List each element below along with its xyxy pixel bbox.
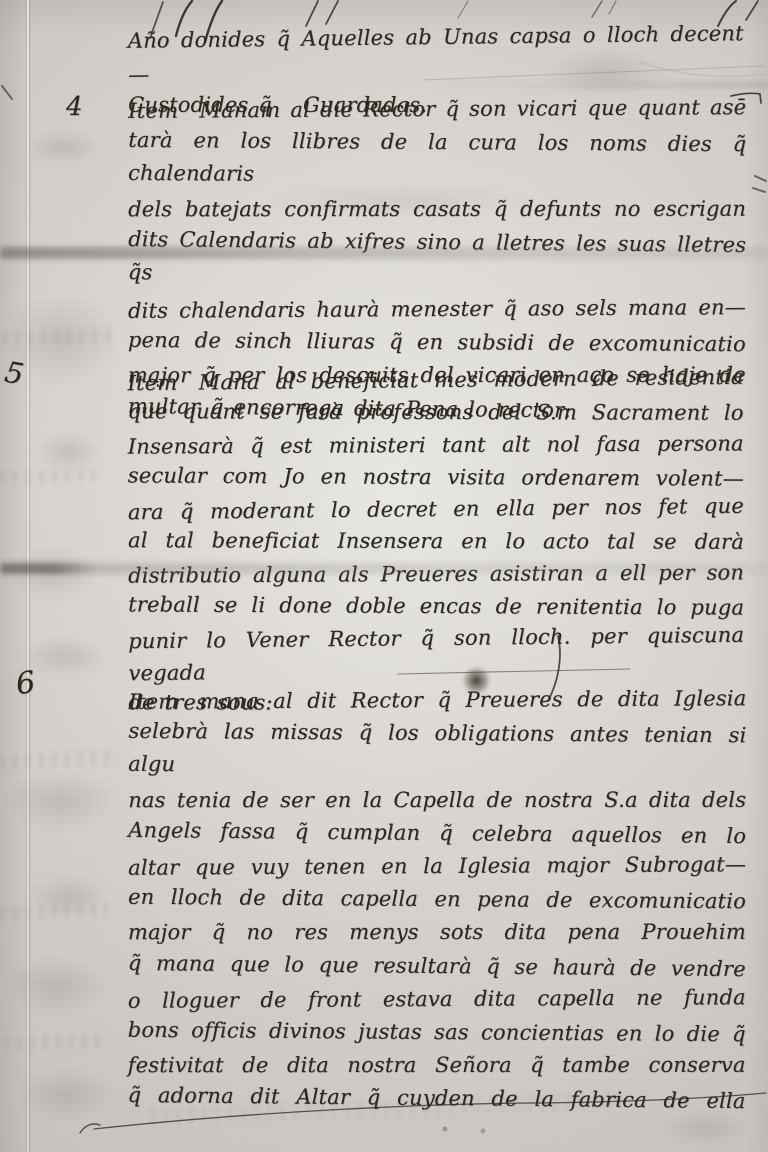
manuscript-line: q̃ mana que lo que resultarà q̃ se haurà… <box>128 947 746 986</box>
manuscript-line: dits Calendaris ab xifres sino a lletres… <box>128 223 747 296</box>
manuscript-line: tarà en los llibres de la cura los noms … <box>128 124 746 195</box>
show-through-smudge <box>0 770 120 832</box>
show-through-smudge <box>14 1068 118 1122</box>
item-paragraph-5: Item Mana al beneficiat mes modern de re… <box>128 363 745 720</box>
manuscript-line: que quant se farà professons del S.m Sac… <box>128 395 744 429</box>
manuscript-page: 4 5 6 Año donides q̃ Aquelles ab Unas ca… <box>0 0 768 1152</box>
show-through-smudge <box>24 130 104 166</box>
manuscript-line: nas tenia de ser en la Capella de nostra… <box>128 783 746 817</box>
vertical-fold-line <box>27 0 29 1152</box>
show-through-text <box>2 328 112 346</box>
manuscript-line: secular com Jo en nostra visita ordenare… <box>128 459 744 495</box>
manuscript-line: al tal beneficiat Insensera en lo acto t… <box>128 525 744 559</box>
manuscript-line: Item Mana al beneficiat mes modern de re… <box>127 361 743 400</box>
manuscript-line: q̃ adorna dit Altar q̃ cuyden de la fabr… <box>127 1079 745 1118</box>
show-through-text <box>0 468 100 484</box>
margin-number-5: 5 <box>2 355 26 392</box>
manuscript-line: Año donides q̃ Aquelles ab Unas capsa o … <box>128 16 745 92</box>
manuscript-line: en lloch de dita capella en pena de exco… <box>128 881 746 919</box>
manuscript-line: dits chalendaris haurà menester q̃ aso s… <box>128 291 746 328</box>
manuscript-line: pena de sinch lliuras q̃ en subsidi de e… <box>128 324 746 362</box>
manuscript-line: altar que vuy tenen en la Iglesia major … <box>128 848 746 885</box>
item-paragraph-6: Item mana al dit Rector q̃ Preueres de d… <box>128 683 747 1116</box>
show-through-text <box>0 903 108 921</box>
manuscript-line: ara q̃ moderant lo decret en ella per no… <box>128 490 744 529</box>
show-through-smudge <box>26 876 110 918</box>
manuscript-line: Item Manam al die Rector q̃ son vicari q… <box>128 91 746 128</box>
manuscript-line: dels batejats confirmats casats q̃ defun… <box>128 193 746 227</box>
show-through-smudge <box>0 955 112 1017</box>
margin-number-4: 4 <box>66 92 83 122</box>
manuscript-line: major q̃ no res menys sots dita pena Pro… <box>128 916 746 950</box>
manuscript-line: o lloguer de front estava dita capella n… <box>128 981 746 1018</box>
show-through-smudge <box>36 430 102 474</box>
manuscript-line: distributio alguna als Preueres asistira… <box>128 556 744 592</box>
manuscript-line: punir lo Vener Rector q̃ son lloch. per … <box>128 619 745 690</box>
manuscript-line: Item mana al dit Rector q̃ Preueres de d… <box>128 682 746 719</box>
manuscript-line: Insensarà q̃ est ministeri tant alt nol … <box>128 427 744 463</box>
show-through-smudge <box>0 545 104 601</box>
show-through-text <box>0 750 118 769</box>
manuscript-line: festivitat de dita nostra Señora q̃ tamb… <box>128 1049 746 1083</box>
margin-number-6: 6 <box>14 665 38 702</box>
show-through-text <box>4 1033 108 1052</box>
manuscript-line: bons officis divinos justas sas concient… <box>128 1014 746 1052</box>
manuscript-line: Angels fassa q̃ cumplan q̃ celebra aquel… <box>128 814 746 853</box>
manuscript-line: treball se li done doble encas de renite… <box>128 588 744 624</box>
manuscript-line: selebrà las missas q̃ los obligations an… <box>128 715 746 786</box>
